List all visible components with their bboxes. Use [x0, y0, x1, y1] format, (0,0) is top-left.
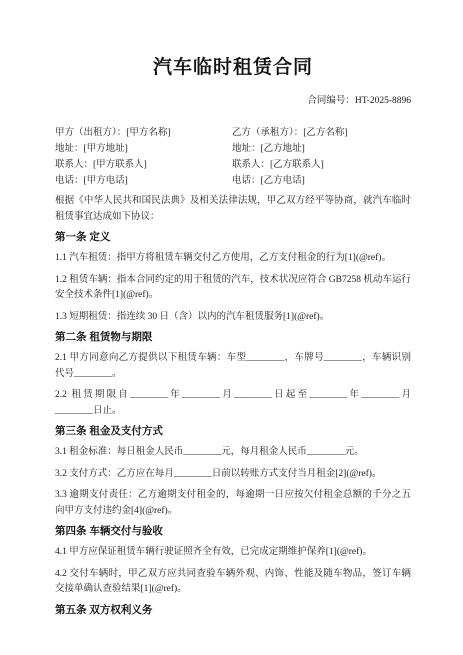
contract-document-page: 汽车临时租赁合同 合同编号：HT-2025-8896 甲方（出租方）：[甲方名称… [0, 0, 463, 655]
contract-number: 合同编号：HT-2025-8896 [55, 94, 411, 109]
clause-3-1: 3.1 租金标准：每日租金人民币________元，每月租金人民币_______… [55, 445, 411, 461]
document-title: 汽车临时租赁合同 [55, 56, 411, 80]
party-b-column: 乙方（承租方）：[乙方名称] 地址：[乙方地址] 联系人：[乙方联系人] 电话：… [232, 125, 411, 189]
section-heading-5: 第五条 双方权利义务 [55, 603, 411, 618]
section-heading-4: 第四条 车辆交付与验收 [55, 524, 411, 539]
party-b-name: 乙方（承租方）：[乙方名称] [232, 125, 411, 141]
clause-4-1: 4.1 甲方应保证租赁车辆行驶证照齐全有效，已完成定期维护保养[1](@ref)… [55, 545, 411, 561]
clause-1-2: 1.2 租赁车辆：指本合同约定的用于租赁的汽车，技术状况应符合 GB7258 机… [55, 273, 411, 304]
party-a-phone: 电话：[甲方电话] [55, 173, 232, 189]
section-heading-2: 第二条 租赁物与期限 [55, 330, 411, 345]
party-b-address: 地址：[乙方地址] [232, 141, 411, 157]
clause-2-1: 2.1 甲方同意向乙方提供以下租赁车辆：车型________，车牌号______… [55, 351, 411, 382]
clause-3-2: 3.2 支付方式：乙方应在每月________日前以转账方式支付当月租金[2](… [55, 467, 411, 483]
section-heading-3: 第三条 租金及支付方式 [55, 424, 411, 439]
preamble: 根据《中华人民共和国民法典》及相关法律法规，甲乙双方经平等协商，就汽车临时租赁事… [55, 194, 411, 225]
clause-3-3: 3.3 逾期支付责任：乙方逾期支付租金的，每逾期一日应按欠付租金总额的千分之五向… [55, 488, 411, 519]
party-a-address: 地址：[甲方地址] [55, 141, 232, 157]
clause-1-1: 1.1 汽车租赁：指甲方将租赁车辆交付乙方使用，乙方支付租金的行为[1](@re… [55, 251, 411, 267]
clause-4-2: 4.2 交付车辆时，甲乙双方应共同查验车辆外观、内饰、性能及随车物品，签订车辆交… [55, 567, 411, 598]
clause-1-3: 1.3 短期租赁：指连续 30 日（含）以内的汽车租赁服务[1](@ref)。 [55, 310, 411, 326]
party-b-phone: 电话：[乙方电话] [232, 173, 411, 189]
party-b-contact: 联系人：[乙方联系人] [232, 157, 411, 173]
party-a-name: 甲方（出租方）：[甲方名称] [55, 125, 232, 141]
contract-number-value: HT-2025-8896 [355, 96, 411, 106]
parties-block: 甲方（出租方）：[甲方名称] 地址：[甲方地址] 联系人：[甲方联系人] 电话：… [55, 125, 411, 189]
section-heading-1: 第一条 定义 [55, 230, 411, 245]
contract-number-label: 合同编号： [307, 96, 355, 106]
party-a-contact: 联系人：[甲方联系人] [55, 157, 232, 173]
clause-2-2: 2.2 租赁期限自________年________月________日起至__… [55, 388, 411, 419]
party-a-column: 甲方（出租方）：[甲方名称] 地址：[甲方地址] 联系人：[甲方联系人] 电话：… [55, 125, 232, 189]
